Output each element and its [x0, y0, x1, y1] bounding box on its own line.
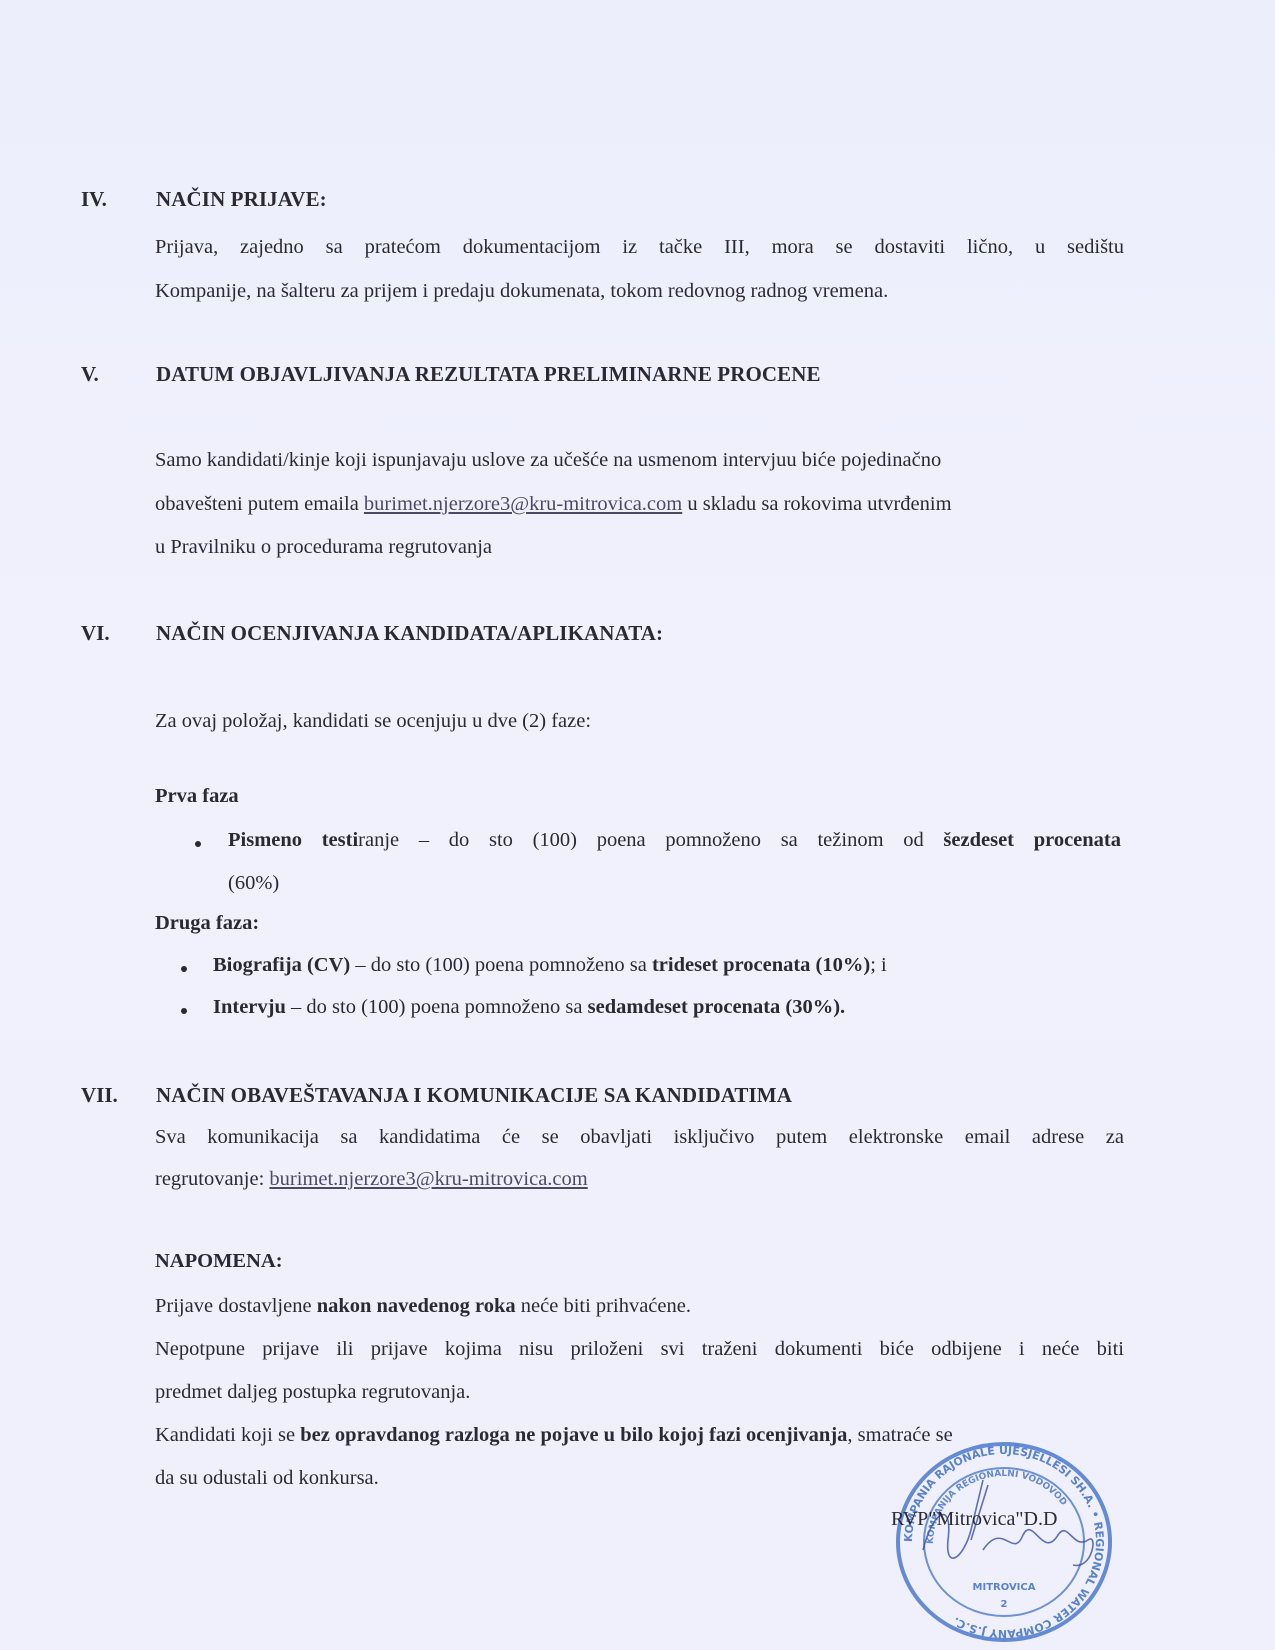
item-bold-weight: trideset procenata (10%) — [652, 954, 870, 976]
phase-2-item-2: Intervju – do sto (100) poena pomnoženo … — [213, 996, 845, 1019]
item-bold-weight: sedamdeset procenata (30%). — [588, 996, 846, 1018]
note-line-2: Nepotpune prijave ili prijave kojima nis… — [155, 1338, 1124, 1361]
stamp-city: MITROVICA — [973, 1582, 1036, 1593]
item-text-end: ; i — [870, 954, 887, 976]
section-iv-number: IV. — [81, 187, 107, 212]
note-line-4-pre: Kandidati koji se — [155, 1424, 300, 1446]
email-link[interactable]: burimet.njerzore3@kru-mitrovica.com — [364, 493, 682, 515]
item-bold: Biografija (CV) — [213, 954, 350, 976]
section-vii-line-2-pre: regrutovanje: — [155, 1168, 269, 1190]
note-line-4-bold: bez opravdanog razloga ne pojave u bilo … — [300, 1424, 847, 1446]
section-v-number: V. — [81, 362, 99, 387]
item-text: ranje – do sto (100) poena pomnoženo sa … — [358, 829, 943, 851]
section-vii-line-1: Sva komunikacija sa kandidatima će se ob… — [155, 1126, 1124, 1149]
item-text: – do sto (100) poena pomnoženo sa — [286, 996, 588, 1018]
note-line-1: Prijave dostavljene nakon navedenog roka… — [155, 1295, 691, 1318]
email-link[interactable]: burimet.njerzore3@kru-mitrovica.com — [269, 1168, 587, 1190]
phase-2-item-1: Biografija (CV) – do sto (100) poena pom… — [213, 954, 887, 977]
item-text: – do sto (100) poena pomnoženo sa — [350, 954, 652, 976]
section-vi-title: NAČIN OCENJIVANJA KANDIDATA/APLIKANATA: — [156, 621, 663, 646]
note-line-1-post: neće biti prihvaćene. — [516, 1295, 691, 1317]
company-signature-label: RVP"Mitrovica"D.D — [891, 1508, 1057, 1531]
phase-1-item-1-cont: (60%) — [228, 872, 279, 895]
item-bold-weight: šezdeset procenata — [943, 829, 1121, 851]
section-iv-line-1: Prijava, zajedno sa pratećom dokumentaci… — [155, 236, 1124, 259]
note-line-1-bold: nakon navedenog roka — [317, 1295, 516, 1317]
section-vi-number: VI. — [81, 621, 110, 646]
section-v-title: DATUM OBJAVLJIVANJA REZULTATA PRELIMINAR… — [156, 362, 821, 387]
section-v-line-1: Samo kandidati/kinje koji ispunjavaju us… — [155, 449, 941, 472]
stamp-number: 2 — [1001, 1599, 1008, 1610]
company-stamp-icon: KOMPANIA RAJONALE UJËSJELLËSI SH.A. • RE… — [893, 1440, 1115, 1644]
section-v-line-2: obavešteni putem emaila burimet.njerzore… — [155, 493, 952, 516]
section-v-line-3: u Pravilniku o procedurama regrutovanja — [155, 536, 492, 559]
phase-2-title: Druga faza: — [155, 912, 259, 935]
bullet-icon — [181, 966, 187, 972]
bullet-icon — [195, 841, 201, 847]
document-page: IV. NAČIN PRIJAVE: Prijava, zajedno sa p… — [0, 0, 1275, 1650]
phase-1-title: Prva faza — [155, 785, 239, 808]
note-title: NAPOMENA: — [155, 1250, 283, 1273]
section-iv-title: NAČIN PRIJAVE: — [156, 187, 327, 212]
item-bold: Pismeno testi — [228, 829, 358, 851]
note-line-1-pre: Prijave dostavljene — [155, 1295, 317, 1317]
section-vii-number: VII. — [81, 1083, 118, 1108]
note-line-3: predmet daljeg postupka regrutovanja. — [155, 1381, 470, 1404]
phase-1-item-1: Pismeno testiranje – do sto (100) poena … — [228, 829, 1121, 852]
section-iv-line-2: Kompanije, na šalteru za prijem i predaj… — [155, 280, 888, 303]
section-v-line-2-pre: obavešteni putem emaila — [155, 493, 364, 515]
item-bold: Intervju — [213, 996, 286, 1018]
bullet-icon — [181, 1008, 187, 1014]
note-line-5: da su odustali od konkursa. — [155, 1467, 379, 1490]
section-vii-title: NAČIN OBAVEŠTAVANJA I KOMUNIKACIJE SA KA… — [156, 1083, 792, 1108]
section-vi-intro: Za ovaj položaj, kandidati se ocenjuju u… — [155, 710, 591, 733]
section-v-line-2-post: u skladu sa rokovima utvrđenim — [682, 493, 951, 515]
section-vii-line-2: regrutovanje: burimet.njerzore3@kru-mitr… — [155, 1168, 588, 1191]
note-line-4: Kandidati koji se bez opravdanog razloga… — [155, 1424, 953, 1447]
